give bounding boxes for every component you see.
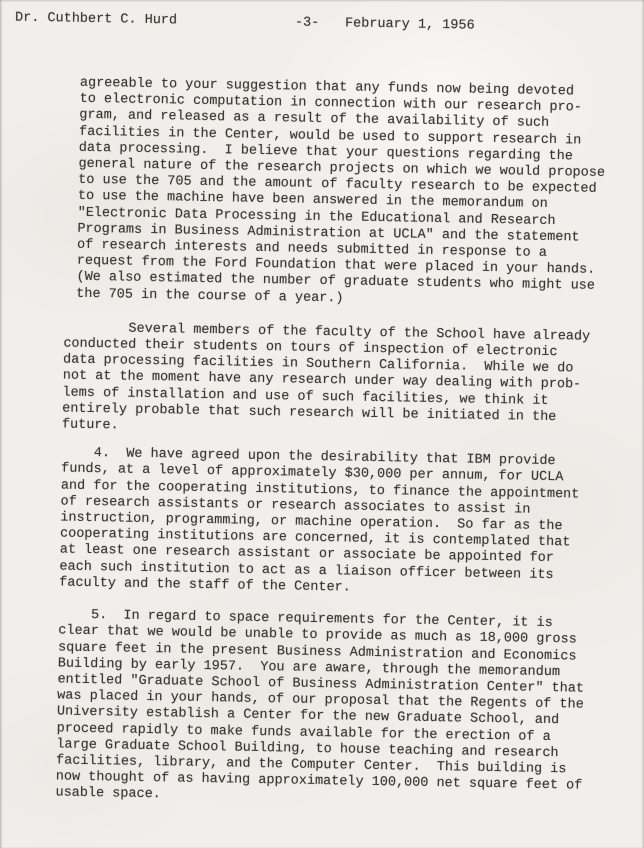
paragraph-item-5-space-requirements: 5. In regard to space requirements for t… — [55, 608, 618, 812]
letter-body: agreeable to your suggestion that any fu… — [55, 76, 628, 812]
paragraph-faculty-tours: Several members of the faculty of the Sc… — [62, 320, 624, 443]
scan-skew-wrapper: Dr. Cuthbert C. Hurd -3- February 1, 195… — [0, 0, 644, 848]
recipient-name: Dr. Cuthbert C. Hurd — [15, 11, 177, 30]
page-number: -3- — [295, 15, 320, 32]
letter-date: February 1, 1956 — [345, 16, 475, 34]
page-header: Dr. Cuthbert C. Hurd -3- February 1, 195… — [7, 10, 644, 39]
paragraph-continuation-funds: agreeable to your suggestion that any fu… — [64, 76, 628, 313]
scanned-letter-page: Dr. Cuthbert C. Hurd -3- February 1, 195… — [0, 0, 644, 848]
paragraph-item-4-ibm-funding: 4. We have agreed upon the desirability … — [59, 446, 621, 602]
